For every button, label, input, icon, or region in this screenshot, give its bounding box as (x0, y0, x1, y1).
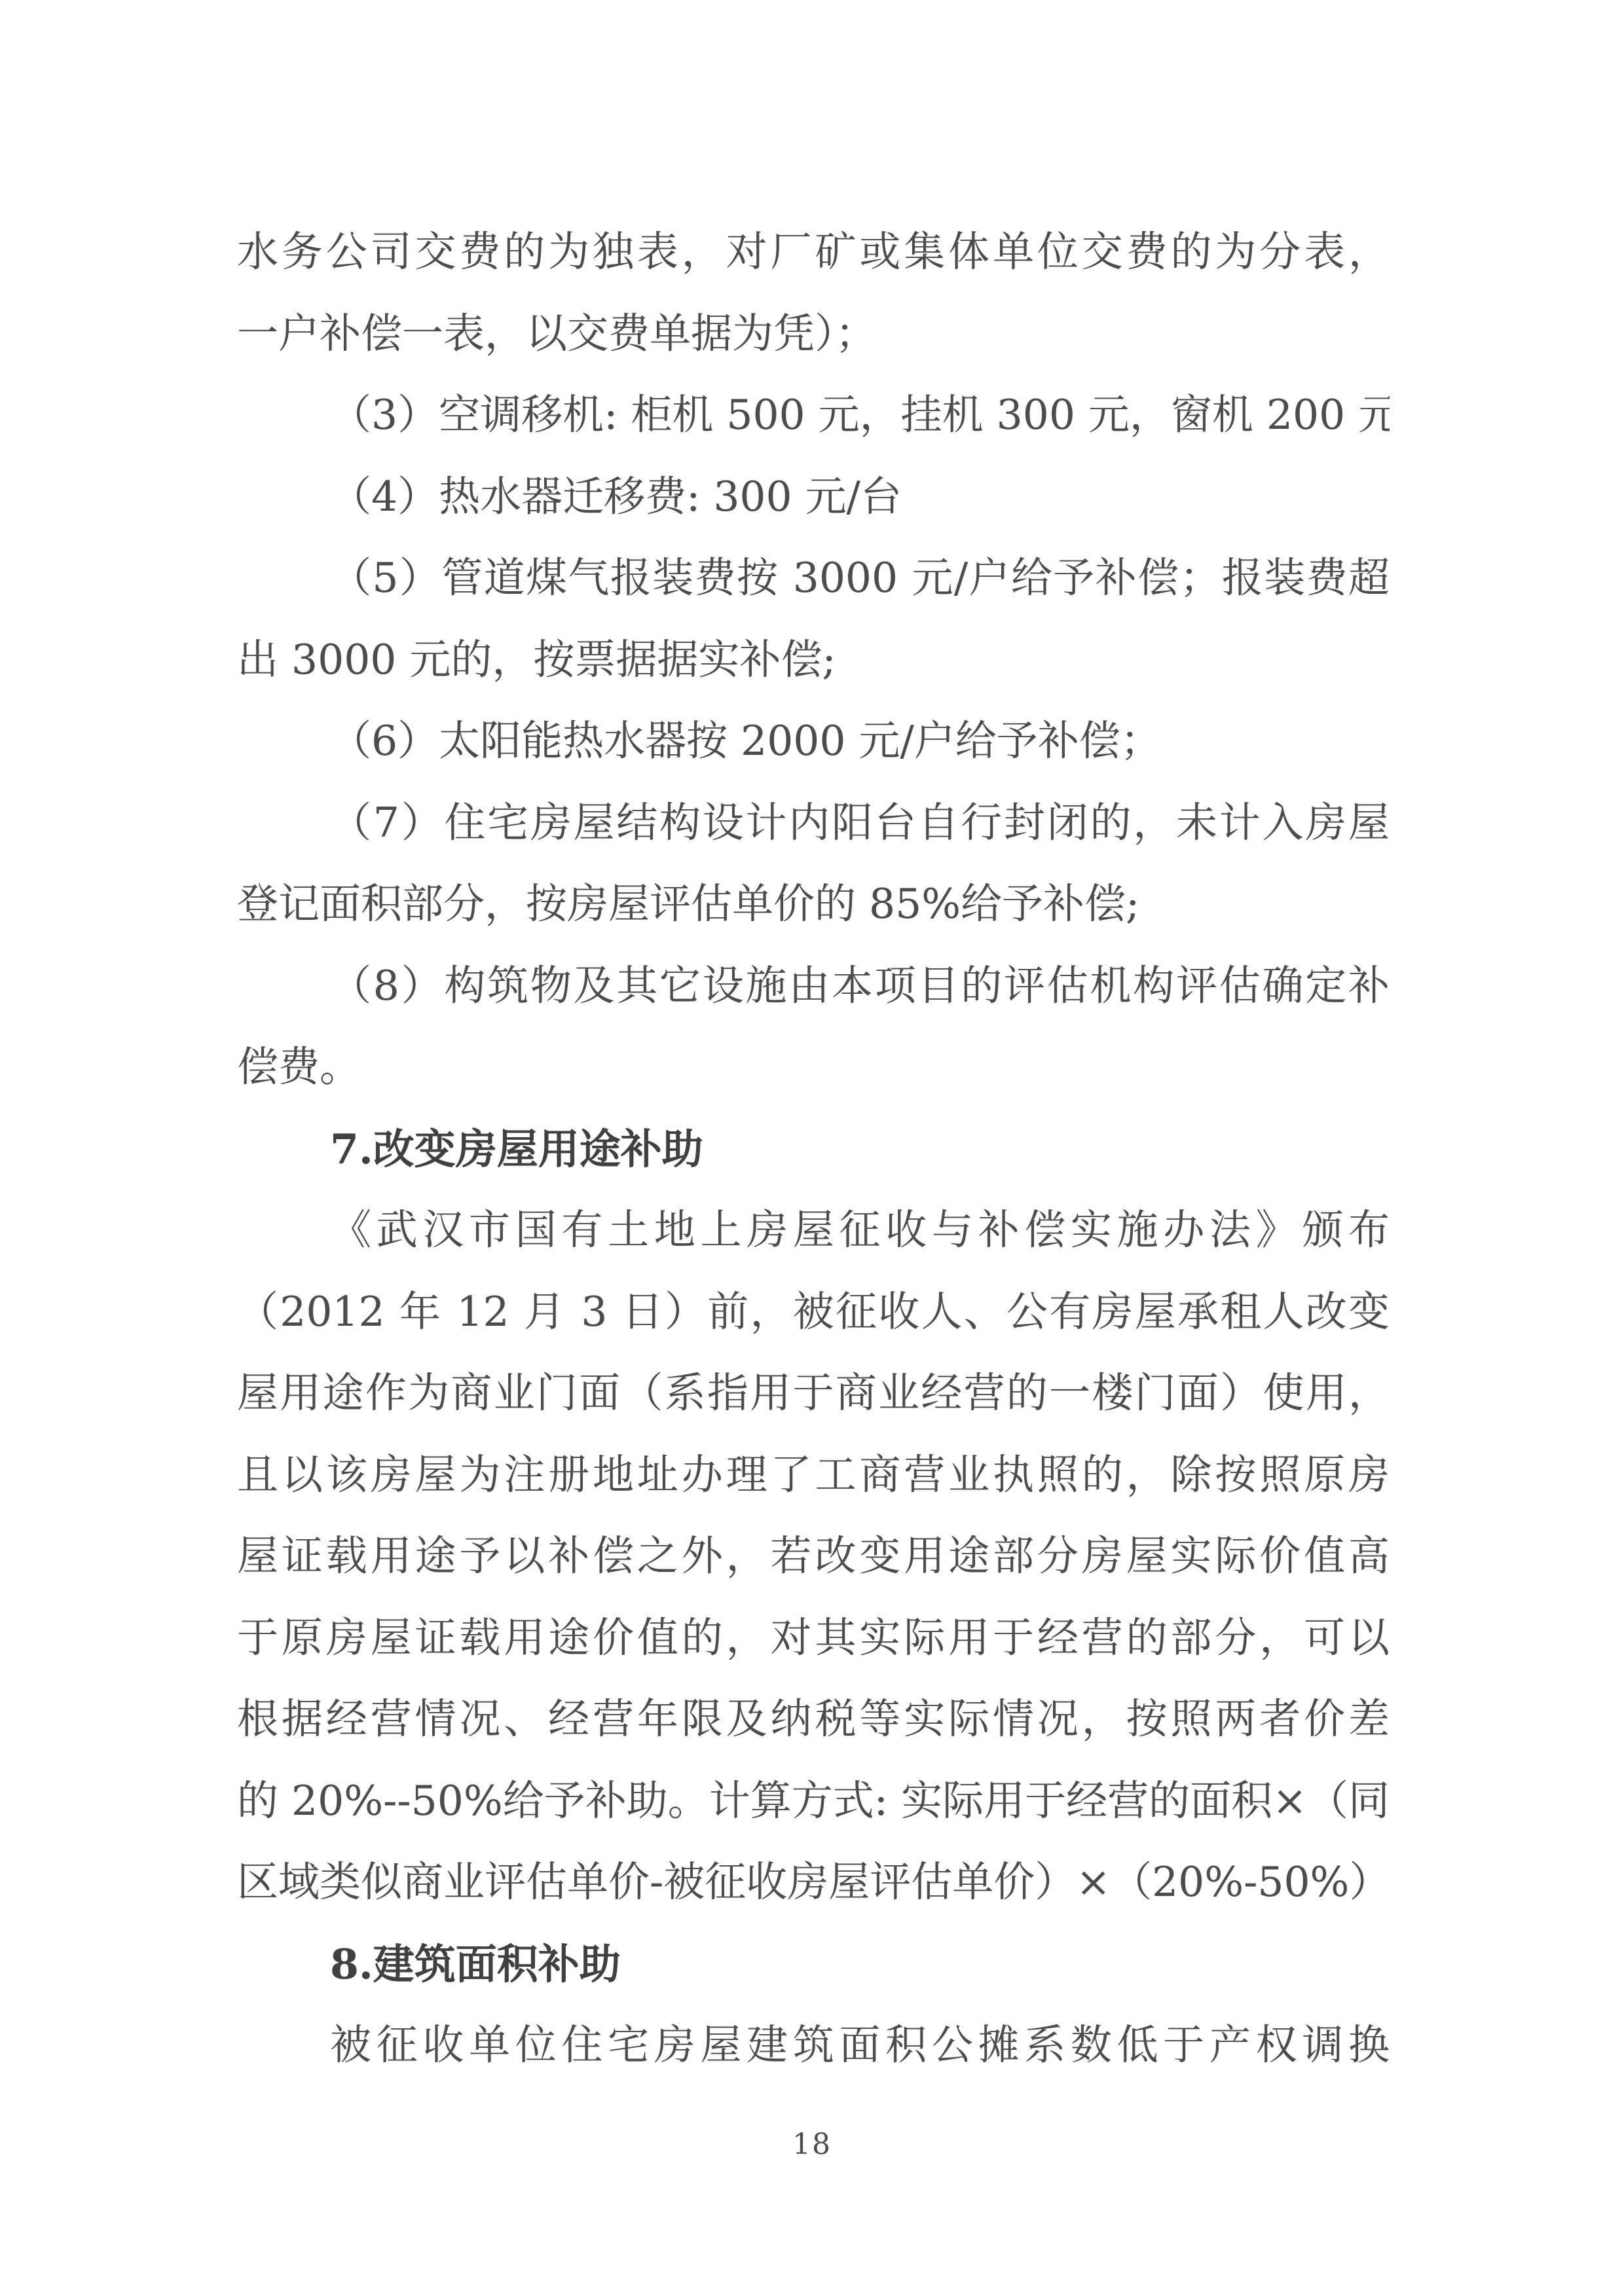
text-line: 根据经营情况、经营年限及纳税等实际情况，按照两者价差 (237, 1679, 1390, 1760)
document-page: 水务公司交费的为独表，对厂矿或集体单位交费的为分表，一户补偿一表，以交费单据为凭… (0, 0, 1624, 2296)
text-line: （8）构筑物及其它设施由本项目的评估机构评估确定补 (237, 945, 1390, 1027)
body-text: 水务公司交费的为独表，对厂矿或集体单位交费的为分表，一户补偿一表，以交费单据为凭… (237, 211, 1390, 2086)
text-line: 《武汉市国有土地上房屋征收与补偿实施办法》颁布 (237, 1190, 1390, 1271)
text-line: 被征收单位住宅房屋建筑面积公摊系数低于产权调换 (237, 2005, 1390, 2086)
section-heading: 7.改变房屋用途补助 (237, 1108, 1390, 1190)
text-line: 的 20%--50%给予补助。计算方式: 实际用于经营的面积×（同 (237, 1760, 1390, 1842)
text-line: 一户补偿一表，以交费单据为凭）； (237, 293, 1390, 375)
page-number: 18 (0, 2128, 1624, 2161)
text-line: （2012 年 12 月 3 日）前，被征收人、公有房屋承租人改变房 (237, 1271, 1390, 1353)
text-line: （7）住宅房屋结构设计内阳台自行封闭的，未计入房屋 (237, 782, 1390, 864)
section-heading: 8.建筑面积补助 (237, 1923, 1390, 2005)
text-line: （3）空调移机: 柜机 500 元，挂机 300 元，窗机 200 元; (237, 374, 1390, 456)
text-line: （5）管道煤气报装费按 3000 元/户给予补偿；报装费超 (237, 538, 1390, 619)
text-line: 偿费。 (237, 1027, 1390, 1108)
text-line: （4）热水器迁移费: 300 元/台 (237, 456, 1390, 538)
text-line: （6）太阳能热水器按 2000 元/户给予补偿； (237, 701, 1390, 782)
text-line: 区域类似商业评估单价-被征收房屋评估单价）×（20%-50%） (237, 1842, 1390, 1923)
text-line: 屋证载用途予以补偿之外，若改变用途部分房屋实际价值高 (237, 1516, 1390, 1597)
text-line: 登记面积部分，按房屋评估单价的 85%给予补偿; (237, 864, 1390, 945)
text-line: 出 3000 元的，按票据据实补偿; (237, 619, 1390, 701)
text-line: 屋用途作为商业门面（系指用于商业经营的一楼门面）使用， (237, 1353, 1390, 1434)
text-line: 且以该房屋为注册地址办理了工商营业执照的，除按照原房 (237, 1434, 1390, 1516)
text-line: 于原房屋证载用途价值的，对其实际用于经营的部分，可以 (237, 1597, 1390, 1679)
text-line: 水务公司交费的为独表，对厂矿或集体单位交费的为分表， (237, 211, 1390, 293)
